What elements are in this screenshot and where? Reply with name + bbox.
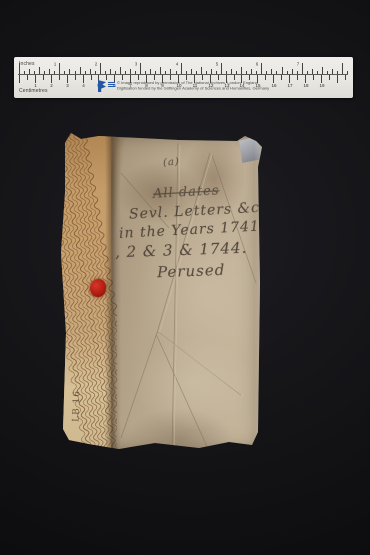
inch-tick bbox=[266, 71, 267, 75]
handwritten-line: , 2 & 3 & 1744. bbox=[115, 239, 248, 262]
inch-tick bbox=[64, 71, 65, 75]
inch-number: 5 bbox=[216, 62, 218, 67]
inch-tick bbox=[135, 71, 136, 75]
attribution-text: © Image reproduced by permission of The … bbox=[117, 80, 324, 91]
inch-tick bbox=[221, 63, 222, 74]
prize-papers-logo-icon bbox=[98, 80, 106, 92]
inch-tick bbox=[241, 67, 242, 74]
cm-tick bbox=[43, 75, 44, 80]
inch-tick bbox=[145, 71, 146, 75]
cm-tick bbox=[345, 75, 346, 80]
inch-number: 4 bbox=[175, 62, 177, 67]
cm-tick bbox=[91, 75, 92, 80]
inch-tick bbox=[261, 63, 262, 74]
cm-tick bbox=[51, 75, 52, 83]
cm-tick bbox=[75, 75, 76, 80]
inch-tick bbox=[246, 71, 247, 75]
inch-tick bbox=[85, 71, 86, 75]
inch-tick bbox=[347, 71, 348, 75]
inch-tick bbox=[90, 69, 91, 74]
inch-tick bbox=[176, 71, 177, 75]
inch-tick bbox=[69, 69, 70, 74]
inch-tick bbox=[322, 67, 323, 74]
inch-tick bbox=[312, 69, 313, 74]
fold-shadow bbox=[105, 133, 121, 452]
inch-tick bbox=[100, 63, 101, 74]
cm-number: 3 bbox=[66, 83, 69, 88]
cm-number: 2 bbox=[50, 83, 53, 88]
inch-tick bbox=[251, 69, 252, 74]
cm-tick bbox=[27, 75, 28, 80]
handwritten-line-struck: All dates bbox=[153, 183, 220, 201]
inch-tick bbox=[155, 71, 156, 75]
cm-number: 4 bbox=[82, 83, 85, 88]
inch-tick bbox=[19, 63, 20, 74]
inch-tick bbox=[327, 71, 328, 75]
inch-tick bbox=[317, 71, 318, 75]
inch-tick bbox=[110, 69, 111, 74]
inch-tick bbox=[120, 67, 121, 74]
inch-tick bbox=[196, 71, 197, 75]
inch-tick bbox=[125, 71, 126, 75]
inch-tick bbox=[24, 71, 25, 75]
cm-tick bbox=[83, 75, 84, 83]
cm-tick bbox=[67, 75, 68, 83]
inch-tick bbox=[292, 69, 293, 74]
inch-tick bbox=[49, 69, 50, 74]
inch-number: 3 bbox=[135, 62, 137, 67]
inch-tick bbox=[256, 71, 257, 75]
inch-tick bbox=[236, 71, 237, 75]
inch-tick bbox=[302, 63, 303, 74]
inch-tick bbox=[186, 71, 187, 75]
inch-tick bbox=[332, 69, 333, 74]
cm-tick bbox=[59, 75, 60, 80]
inch-tick bbox=[337, 71, 338, 75]
cm-tick bbox=[106, 75, 107, 80]
cm-tick bbox=[35, 75, 36, 83]
inch-tick bbox=[276, 71, 277, 75]
inch-tick bbox=[211, 69, 212, 74]
inch-tick bbox=[170, 69, 171, 74]
paper-edge-highlight bbox=[254, 133, 262, 452]
inch-tick bbox=[44, 71, 45, 75]
inch-tick bbox=[59, 63, 60, 74]
inch-tick bbox=[191, 69, 192, 74]
ruler-card: Inches 1234567 1234567891011121314151617… bbox=[14, 57, 353, 98]
inch-tick bbox=[75, 71, 76, 75]
inch-tick bbox=[201, 67, 202, 74]
inch-tick bbox=[226, 71, 227, 75]
ruler-inches-label: Inches bbox=[19, 61, 35, 67]
inch-tick bbox=[216, 71, 217, 75]
inch-tick bbox=[271, 69, 272, 74]
inch-tick bbox=[150, 69, 151, 74]
inch-tick bbox=[307, 71, 308, 75]
inch-tick bbox=[34, 71, 35, 75]
inch-tick bbox=[140, 63, 141, 74]
inch-tick bbox=[115, 71, 116, 75]
inch-tick bbox=[95, 71, 96, 75]
inch-tick bbox=[282, 67, 283, 74]
inch-tick bbox=[181, 63, 182, 74]
inch-number: 6 bbox=[256, 62, 258, 67]
cm-tick bbox=[329, 75, 330, 80]
inch-tick bbox=[165, 71, 166, 75]
photo-stage: Inches 1234567 1234567891011121314151617… bbox=[0, 0, 370, 555]
inch-number: 2 bbox=[95, 62, 97, 67]
inch-tick bbox=[29, 69, 30, 74]
inch-tick bbox=[130, 69, 131, 74]
red-wax-seal bbox=[90, 279, 106, 297]
inch-number: 7 bbox=[297, 62, 299, 67]
inch-tick bbox=[342, 63, 343, 74]
inch-tick bbox=[54, 71, 55, 75]
handwritten-line: Perused bbox=[157, 261, 226, 281]
inch-tick bbox=[231, 69, 232, 74]
attribution-line2: Digitisation funded by the Göttingen Aca… bbox=[117, 85, 324, 90]
inch-tick bbox=[39, 67, 40, 74]
cm-tick bbox=[337, 75, 338, 83]
cm-tick bbox=[19, 75, 20, 83]
inch-tick bbox=[287, 71, 288, 75]
inch-tick bbox=[297, 71, 298, 75]
inch-tick bbox=[105, 71, 106, 75]
handwritten-page-mark: (a) bbox=[163, 156, 180, 168]
prize-papers-logo-wordmark bbox=[108, 82, 115, 90]
ruler-centimetres-label: Centimetres bbox=[19, 88, 48, 94]
marginalia-bottom-left: LB 16 bbox=[71, 390, 82, 422]
inch-tick bbox=[206, 71, 207, 75]
inch-tick bbox=[160, 67, 161, 74]
manuscript-cover: (a) All dates Sevl. Letters &ca in the Y… bbox=[59, 133, 262, 452]
inch-tick bbox=[80, 67, 81, 74]
inch-number: 1 bbox=[54, 62, 56, 67]
